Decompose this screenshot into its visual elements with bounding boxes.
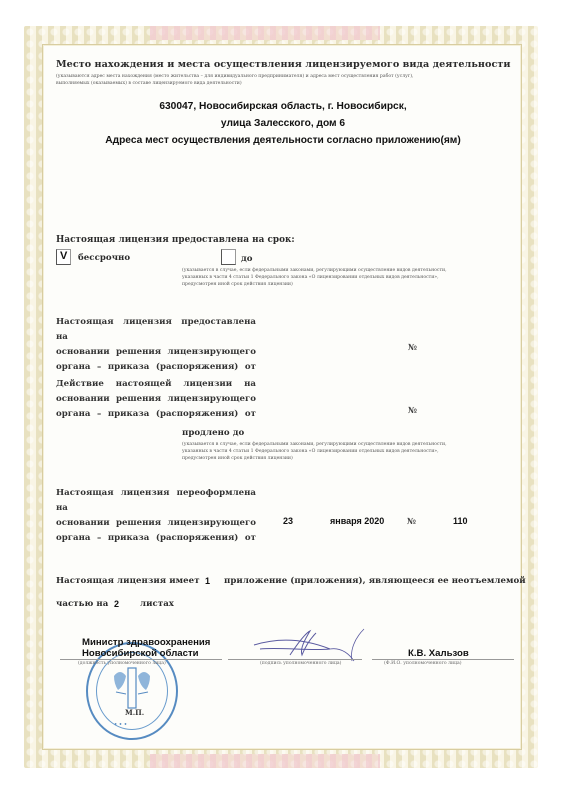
granted-basis-line: органа – приказа (распоряжения) от — [56, 360, 256, 375]
term-note-line: предусмотрен иной срок действия лицензии… — [182, 281, 522, 288]
extended-until-label: продлено до — [182, 428, 244, 438]
stamp-label: М.П. — [125, 708, 144, 717]
location-note: (указываются адрес места нахождения (мес… — [56, 73, 516, 87]
decorative-border-accent-top — [150, 26, 380, 40]
appendix-sheets-suffix: листах — [140, 599, 174, 609]
reissued-number: 110 — [453, 516, 468, 526]
term-note: (указывается в случае, если федеральными… — [182, 267, 522, 288]
seal-text: • • • — [114, 722, 127, 728]
signer-position-line: Новосибирской области — [82, 648, 210, 659]
extended-note-line: (указывается в случае, если федеральными… — [182, 441, 522, 448]
granted-basis-label: Настоящая лицензия предоставлена на осно… — [56, 315, 256, 375]
address-line-1: 630047, Новосибирская область, г. Новоси… — [48, 101, 518, 112]
location-note-line: (указываются адрес места нахождения (мес… — [56, 73, 516, 80]
granted-number-sign: № — [408, 342, 417, 352]
handwritten-signature — [250, 625, 370, 663]
reissued-day: 23 — [283, 516, 293, 526]
term-heading: Настоящая лицензия предоставлена на срок… — [56, 235, 295, 245]
term-note-line: указанных в части 4 статьи 1 Федеральног… — [182, 274, 522, 281]
appendix-count: 1 — [205, 576, 210, 586]
indefinite-checkbox[interactable]: V — [56, 249, 71, 265]
address-line-3: Адреса мест осуществления деятельности с… — [48, 135, 518, 146]
check-mark-icon: V — [60, 250, 67, 262]
location-note-line: выполняемых (оказываемых) в составе лице… — [56, 80, 516, 87]
reissued-basis-line: органа – приказа (распоряжения) от — [56, 531, 256, 546]
extended-number-sign: № — [408, 405, 417, 415]
reissued-month-year: января 2020 — [330, 516, 384, 526]
position-underline — [60, 659, 222, 660]
indefinite-label: бессрочно — [78, 253, 130, 263]
appendix-middle: приложение (приложения), являющееся ее н… — [224, 576, 526, 586]
extended-basis-line: Действие настоящей лицензии на — [56, 377, 256, 392]
extended-note-line: предусмотрен иной срок действия лицензии… — [182, 455, 522, 462]
reissued-basis-label: Настоящая лицензия переоформлена на осно… — [56, 486, 256, 546]
appendix-part-prefix: частью на — [56, 599, 108, 609]
granted-basis-line: Настоящая лицензия предоставлена на — [56, 315, 256, 345]
name-underline — [372, 659, 514, 660]
extended-note: (указывается в случае, если федеральными… — [182, 441, 522, 462]
extended-basis-line: основании решения лицензирующего — [56, 392, 256, 407]
address-line-2: улица Залесского, дом 6 — [48, 118, 518, 129]
signature-underline — [228, 659, 362, 660]
extended-basis-label: Действие настоящей лицензии на основании… — [56, 377, 256, 422]
location-heading: Место нахождения и места осуществления л… — [56, 59, 511, 70]
coat-of-arms-icon — [110, 664, 154, 714]
appendix-prefix: Настоящая лицензия имеет — [56, 576, 200, 586]
until-label: до — [241, 254, 253, 264]
reissued-number-sign: № — [407, 516, 416, 526]
term-note-line: (указывается в случае, если федеральными… — [182, 267, 522, 274]
signer-position-line: Министр здравоохранения — [82, 637, 210, 648]
granted-basis-line: основании решения лицензирующего — [56, 345, 256, 360]
signer-position: Министр здравоохранения Новосибирской об… — [82, 637, 210, 659]
signer-name: К.В. Хальзов — [408, 648, 469, 659]
extended-note-line: указанных в части 4 статьи 1 Федеральног… — [182, 448, 522, 455]
until-checkbox[interactable] — [221, 249, 236, 265]
reissued-basis-line: основании решения лицензирующего — [56, 516, 256, 531]
appendix-sheets: 2 — [114, 599, 119, 609]
position-caption: (должность уполномоченного лица) — [78, 661, 166, 666]
decorative-border-accent-bottom — [150, 754, 380, 768]
extended-basis-line: органа – приказа (распоряжения) от — [56, 407, 256, 422]
reissued-basis-line: Настоящая лицензия переоформлена на — [56, 486, 256, 516]
name-caption: (Ф.И.О. уполномоченного лица) — [384, 661, 462, 666]
signature-caption: (подпись уполномоченного лица) — [260, 661, 341, 666]
